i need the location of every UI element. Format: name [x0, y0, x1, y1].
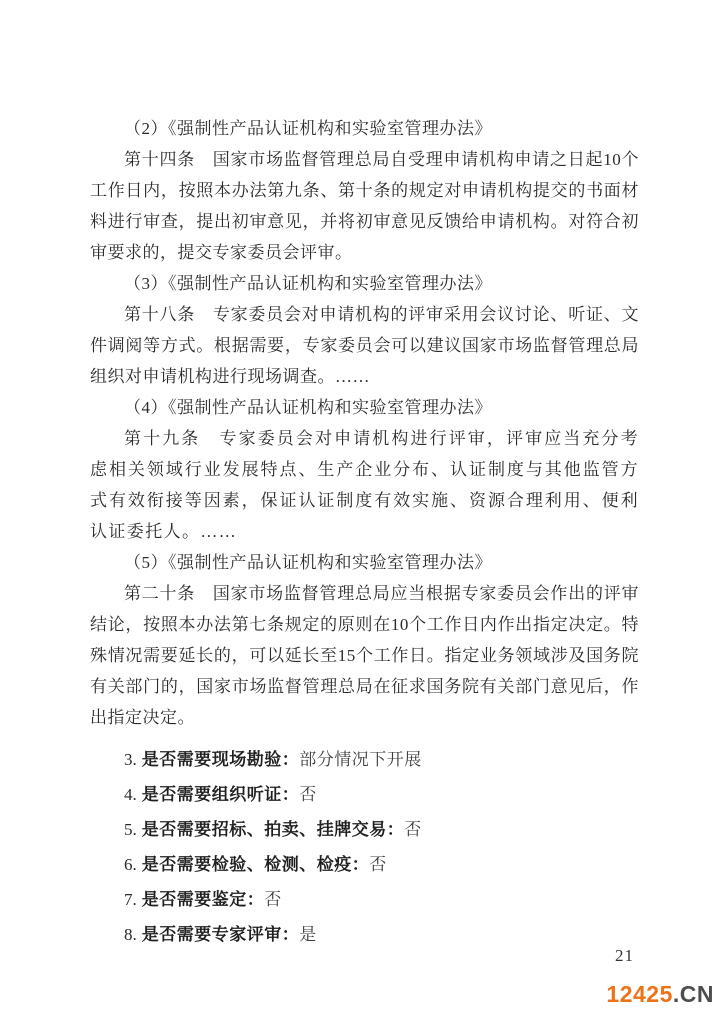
section-2-body: 第十四条 国家市场监督管理总局自受理申请机构申请之日起10个工作日内，按照本办法… — [90, 144, 639, 268]
checklist-item-label: 是否需要鉴定： — [142, 890, 265, 909]
watermark-suffix: .CN — [673, 981, 714, 1007]
checklist-item-label: 是否需要检验、检测、检疫： — [142, 855, 370, 874]
checklist-item-value: 否 — [404, 820, 422, 839]
section-4-heading: （4）《强制性产品认证机构和实验室管理办法》 — [90, 392, 639, 423]
checklist-item: 6.是否需要检验、检测、检疫：否 — [124, 847, 639, 882]
checklist-item: 3.是否需要现场勘验：部分情况下开展 — [124, 742, 639, 777]
watermark-prefix: 12425 — [606, 981, 672, 1007]
page-content: （2）《强制性产品认证机构和实验室管理办法》 第十四条 国家市场监督管理总局自受… — [90, 113, 639, 952]
checklist-item: 8.是否需要专家评审：是 — [124, 917, 639, 952]
checklist: 3.是否需要现场勘验：部分情况下开展 4.是否需要组织听证：否 5.是否需要招标… — [90, 742, 639, 952]
section-4-body: 第十九条 专家委员会对申请机构进行评审，评审应当充分考虑相关领域行业发展特点、生… — [90, 423, 639, 547]
checklist-item-number: 3. — [124, 750, 137, 769]
checklist-item-value: 否 — [299, 785, 317, 804]
checklist-item-label: 是否需要现场勘验： — [142, 750, 300, 769]
section-5-heading: （5）《强制性产品认证机构和实验室管理办法》 — [90, 547, 639, 578]
checklist-item-number: 8. — [124, 925, 137, 944]
watermark-logo: 12425.CN — [606, 981, 714, 1008]
checklist-item-value: 否 — [264, 890, 282, 909]
checklist-item-value: 部分情况下开展 — [299, 750, 422, 769]
document-page: （2）《强制性产品认证机构和实验室管理办法》 第十四条 国家市场监督管理总局自受… — [0, 0, 720, 1017]
checklist-item-number: 6. — [124, 855, 137, 874]
checklist-item-label: 是否需要组织听证： — [142, 785, 300, 804]
checklist-item-label: 是否需要招标、拍卖、挂牌交易： — [142, 820, 405, 839]
checklist-item-number: 7. — [124, 890, 137, 909]
checklist-item: 4.是否需要组织听证：否 — [124, 777, 639, 812]
section-5-body: 第二十条 国家市场监督管理总局应当根据专家委员会作出的评审结论，按照本办法第七条… — [90, 578, 639, 733]
section-2-heading: （2）《强制性产品认证机构和实验室管理办法》 — [90, 113, 639, 144]
checklist-item-number: 5. — [124, 820, 137, 839]
checklist-item: 7.是否需要鉴定：否 — [124, 882, 639, 917]
checklist-item-value: 是 — [299, 925, 317, 944]
page-number: 21 — [615, 946, 634, 966]
checklist-item-label: 是否需要专家评审： — [142, 925, 300, 944]
section-3-body: 第十八条 专家委员会对申请机构的评审采用会议讨论、听证、文件调阅等方式。根据需要… — [90, 299, 639, 392]
section-3-heading: （3）《强制性产品认证机构和实验室管理办法》 — [90, 268, 639, 299]
checklist-item-value: 否 — [369, 855, 387, 874]
checklist-item: 5.是否需要招标、拍卖、挂牌交易：否 — [124, 812, 639, 847]
checklist-item-number: 4. — [124, 785, 137, 804]
